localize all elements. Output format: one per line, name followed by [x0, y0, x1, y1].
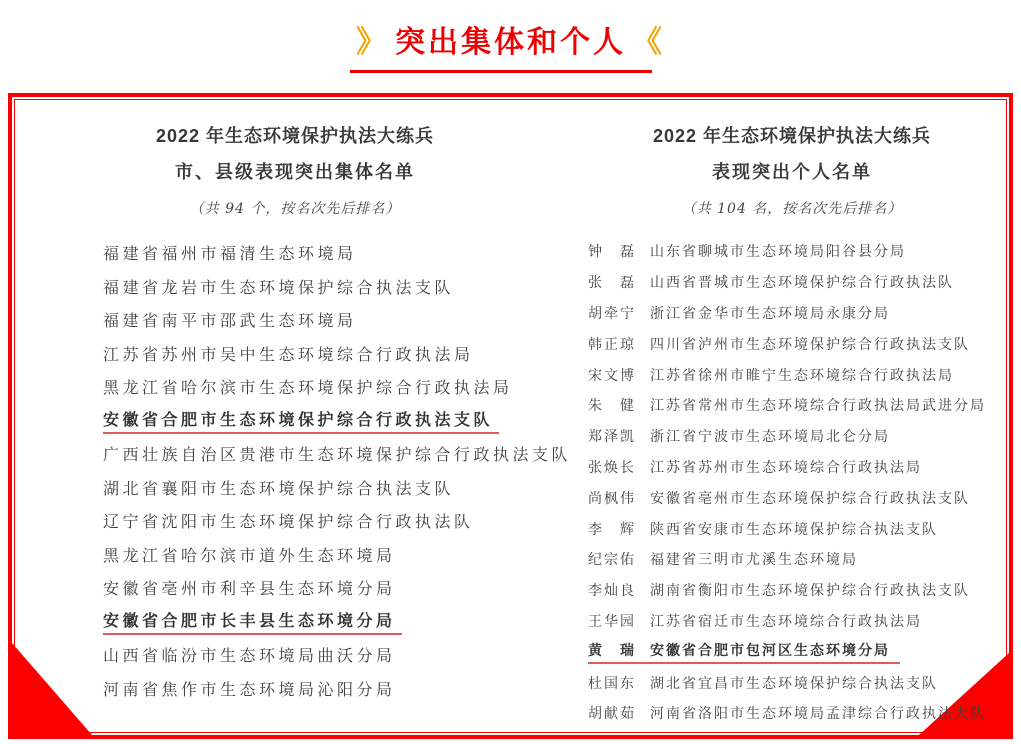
page-title: 》突出集体和个人《	[0, 22, 1021, 64]
list-item: 湖北省襄阳市生态环境保护综合执法支队	[103, 471, 535, 505]
list-item: 钟 磊山东省聊城市生态环境局阳谷县分局	[588, 236, 1012, 267]
person-name: 朱 健	[588, 395, 650, 415]
list-item-text: 山西省临汾市生态环境局曲沃分局	[103, 643, 396, 666]
person-name: 纪宗佑	[588, 549, 650, 569]
list-item: 张焕长江苏省苏州市生态环境综合行政执法局	[588, 452, 1012, 483]
list-item-highlighted: 黄 瑞安徽省合肥市包河区生态环境分局	[588, 636, 1012, 667]
person-org: 浙江省金华市生态环境局永康分局	[650, 303, 890, 323]
person-name: 韩正琼	[588, 334, 650, 354]
person-name: 李灿良	[588, 580, 650, 600]
individuals-title-line1: 2022 年生态环境保护执法大练兵	[572, 122, 1012, 150]
person-name: 张 磊	[588, 272, 650, 292]
list-item-text: 黑龙江省哈尔滨市道外生态环境局	[103, 543, 396, 566]
list-item-text: 安徽省合肥市长丰县生态环境分局	[103, 608, 402, 635]
person-name: 王华园	[588, 611, 650, 631]
list-item: 胡牵宁浙江省金华市生态环境局永康分局	[588, 298, 1012, 329]
individuals-title-line2: 表现突出个人名单	[572, 158, 1012, 186]
list-item: 辽宁省沈阳市生态环境保护综合行政执法队	[103, 504, 535, 538]
person-name: 胡献茹	[588, 703, 650, 723]
collectives-subtitle: （共 94 个，按名次先后排名）	[55, 198, 535, 220]
person-org: 江苏省宿迁市生态环境综合行政执法局	[650, 611, 922, 631]
person-org: 山东省聊城市生态环境局阳谷县分局	[650, 241, 906, 261]
list-item-text: 黑龙江省哈尔滨市生态环境保护综合行政执法局	[103, 375, 513, 398]
list-item: 李 辉陕西省安康市生态环境保护综合执法支队	[588, 513, 1012, 544]
right-guillemet-icon: 《	[626, 26, 671, 59]
list-item: 黑龙江省哈尔滨市道外生态环境局	[103, 538, 535, 572]
person-org: 陕西省安康市生态环境保护综合执法支队	[650, 519, 938, 539]
individuals-panel: 2022 年生态环境保护执法大练兵 表现突出个人名单 （共 104 名，按名次先…	[572, 122, 1012, 729]
list-item: 杜国东湖北省宜昌市生态环境保护综合执法支队	[588, 667, 1012, 698]
list-item: 张 磊山西省晋城市生态环境保护综合行政执法队	[588, 267, 1012, 298]
collectives-panel: 2022 年生态环境保护执法大练兵 市、县级表现突出集体名单 （共 94 个，按…	[55, 122, 535, 705]
person-name: 钟 磊	[588, 241, 650, 261]
person-org: 安徽省合肥市包河区生态环境分局	[650, 640, 890, 660]
list-item: 福建省龙岩市生态环境保护综合执法支队	[103, 270, 535, 304]
list-item: 安徽省亳州市利辛县生态环境分局	[103, 571, 535, 605]
collectives-list: 福建省福州市福清生态环境局 福建省龙岩市生态环境保护综合执法支队 福建省南平市邵…	[55, 236, 535, 705]
list-item-text: 辽宁省沈阳市生态环境保护综合行政执法队	[103, 509, 474, 532]
list-item-text: 湖北省襄阳市生态环境保护综合执法支队	[103, 476, 454, 499]
document-page: 》突出集体和个人《 2022 年生态环境保护执法大练兵 市、县级表现突出集体名单…	[0, 0, 1021, 744]
person-name: 宋文博	[588, 365, 650, 385]
person-org: 福建省三明市尤溪生态环境局	[650, 549, 858, 569]
list-item-highlighted: 安徽省合肥市长丰县生态环境分局	[103, 605, 535, 639]
left-guillemet-icon: 》	[350, 26, 395, 59]
person-org: 湖南省衡阳市生态环境保护综合行政执法支队	[650, 580, 970, 600]
list-item: 黑龙江省哈尔滨市生态环境保护综合行政执法局	[103, 370, 535, 404]
person-name: 郑泽凯	[588, 426, 650, 446]
person-name: 尚枫伟	[588, 488, 650, 508]
list-item-text: 安徽省亳州市利辛县生态环境分局	[103, 576, 396, 599]
person-org: 四川省泸州市生态环境保护综合行政执法支队	[650, 334, 970, 354]
list-item: 宋文博江苏省徐州市睢宁生态环境综合行政执法局	[588, 359, 1012, 390]
list-item-highlighted: 安徽省合肥市生态环境保护综合行政执法支队	[103, 404, 535, 438]
person-org: 江苏省徐州市睢宁生态环境综合行政执法局	[650, 365, 954, 385]
list-item-text: 福建省龙岩市生态环境保护综合执法支队	[103, 275, 454, 298]
list-item: 纪宗佑福建省三明市尤溪生态环境局	[588, 544, 1012, 575]
list-item-text: 河南省焦作市生态环境局沁阳分局	[103, 677, 396, 700]
person-name: 张焕长	[588, 457, 650, 477]
list-item: 河南省焦作市生态环境局沁阳分局	[103, 672, 535, 706]
list-item: 韩正琼四川省泸州市生态环境保护综合行政执法支队	[588, 328, 1012, 359]
list-item-text: 江苏省苏州市吴中生态环境综合行政执法局	[103, 342, 474, 365]
list-item: 江苏省苏州市吴中生态环境综合行政执法局	[103, 337, 535, 371]
person-org: 河南省洛阳市生态环境局孟津综合行政执法大队	[650, 703, 986, 723]
person-name: 李 辉	[588, 519, 650, 539]
collectives-title-line1: 2022 年生态环境保护执法大练兵	[55, 122, 535, 150]
person-org: 江苏省苏州市生态环境综合行政执法局	[650, 457, 922, 477]
list-item: 山西省临汾市生态环境局曲沃分局	[103, 638, 535, 672]
list-item-text: 安徽省合肥市生态环境保护综合行政执法支队	[103, 407, 499, 434]
person-org: 山西省晋城市生态环境保护综合行政执法队	[650, 272, 954, 292]
person-org: 湖北省宜昌市生态环境保护综合执法支队	[650, 673, 938, 693]
list-item: 王华园江苏省宿迁市生态环境综合行政执法局	[588, 606, 1012, 637]
collectives-title-line2: 市、县级表现突出集体名单	[55, 158, 535, 186]
person-org: 浙江省宁波市生态环境局北仑分局	[650, 426, 890, 446]
list-item-text: 福建省福州市福清生态环境局	[103, 241, 357, 264]
person-org: 江苏省常州市生态环境综合行政执法局武进分局	[650, 395, 986, 415]
page-title-text: 突出集体和个人	[395, 26, 626, 59]
list-item-text: 广西壮族自治区贵港市生态环境保护综合行政执法支队	[103, 442, 571, 465]
title-underline	[350, 70, 652, 73]
person-name: 黄 瑞	[588, 640, 650, 660]
list-item: 尚枫伟安徽省亳州市生态环境保护综合行政执法支队	[588, 482, 1012, 513]
list-item: 福建省福州市福清生态环境局	[103, 236, 535, 270]
list-item-text: 福建省南平市邵武生态环境局	[103, 308, 357, 331]
individuals-list: 钟 磊山东省聊城市生态环境局阳谷县分局 张 磊山西省晋城市生态环境保护综合行政执…	[572, 236, 1012, 729]
individuals-subtitle: （共 104 名，按名次先后排名）	[572, 198, 1012, 220]
list-item: 胡献茹河南省洛阳市生态环境局孟津综合行政执法大队	[588, 698, 1012, 729]
list-item: 郑泽凯浙江省宁波市生态环境局北仑分局	[588, 421, 1012, 452]
list-item: 福建省南平市邵武生态环境局	[103, 303, 535, 337]
person-name: 胡牵宁	[588, 303, 650, 323]
person-org: 安徽省亳州市生态环境保护综合行政执法支队	[650, 488, 970, 508]
list-item: 李灿良湖南省衡阳市生态环境保护综合行政执法支队	[588, 575, 1012, 606]
list-item: 朱 健江苏省常州市生态环境综合行政执法局武进分局	[588, 390, 1012, 421]
list-item: 广西壮族自治区贵港市生态环境保护综合行政执法支队	[103, 437, 535, 471]
person-name: 杜国东	[588, 673, 650, 693]
